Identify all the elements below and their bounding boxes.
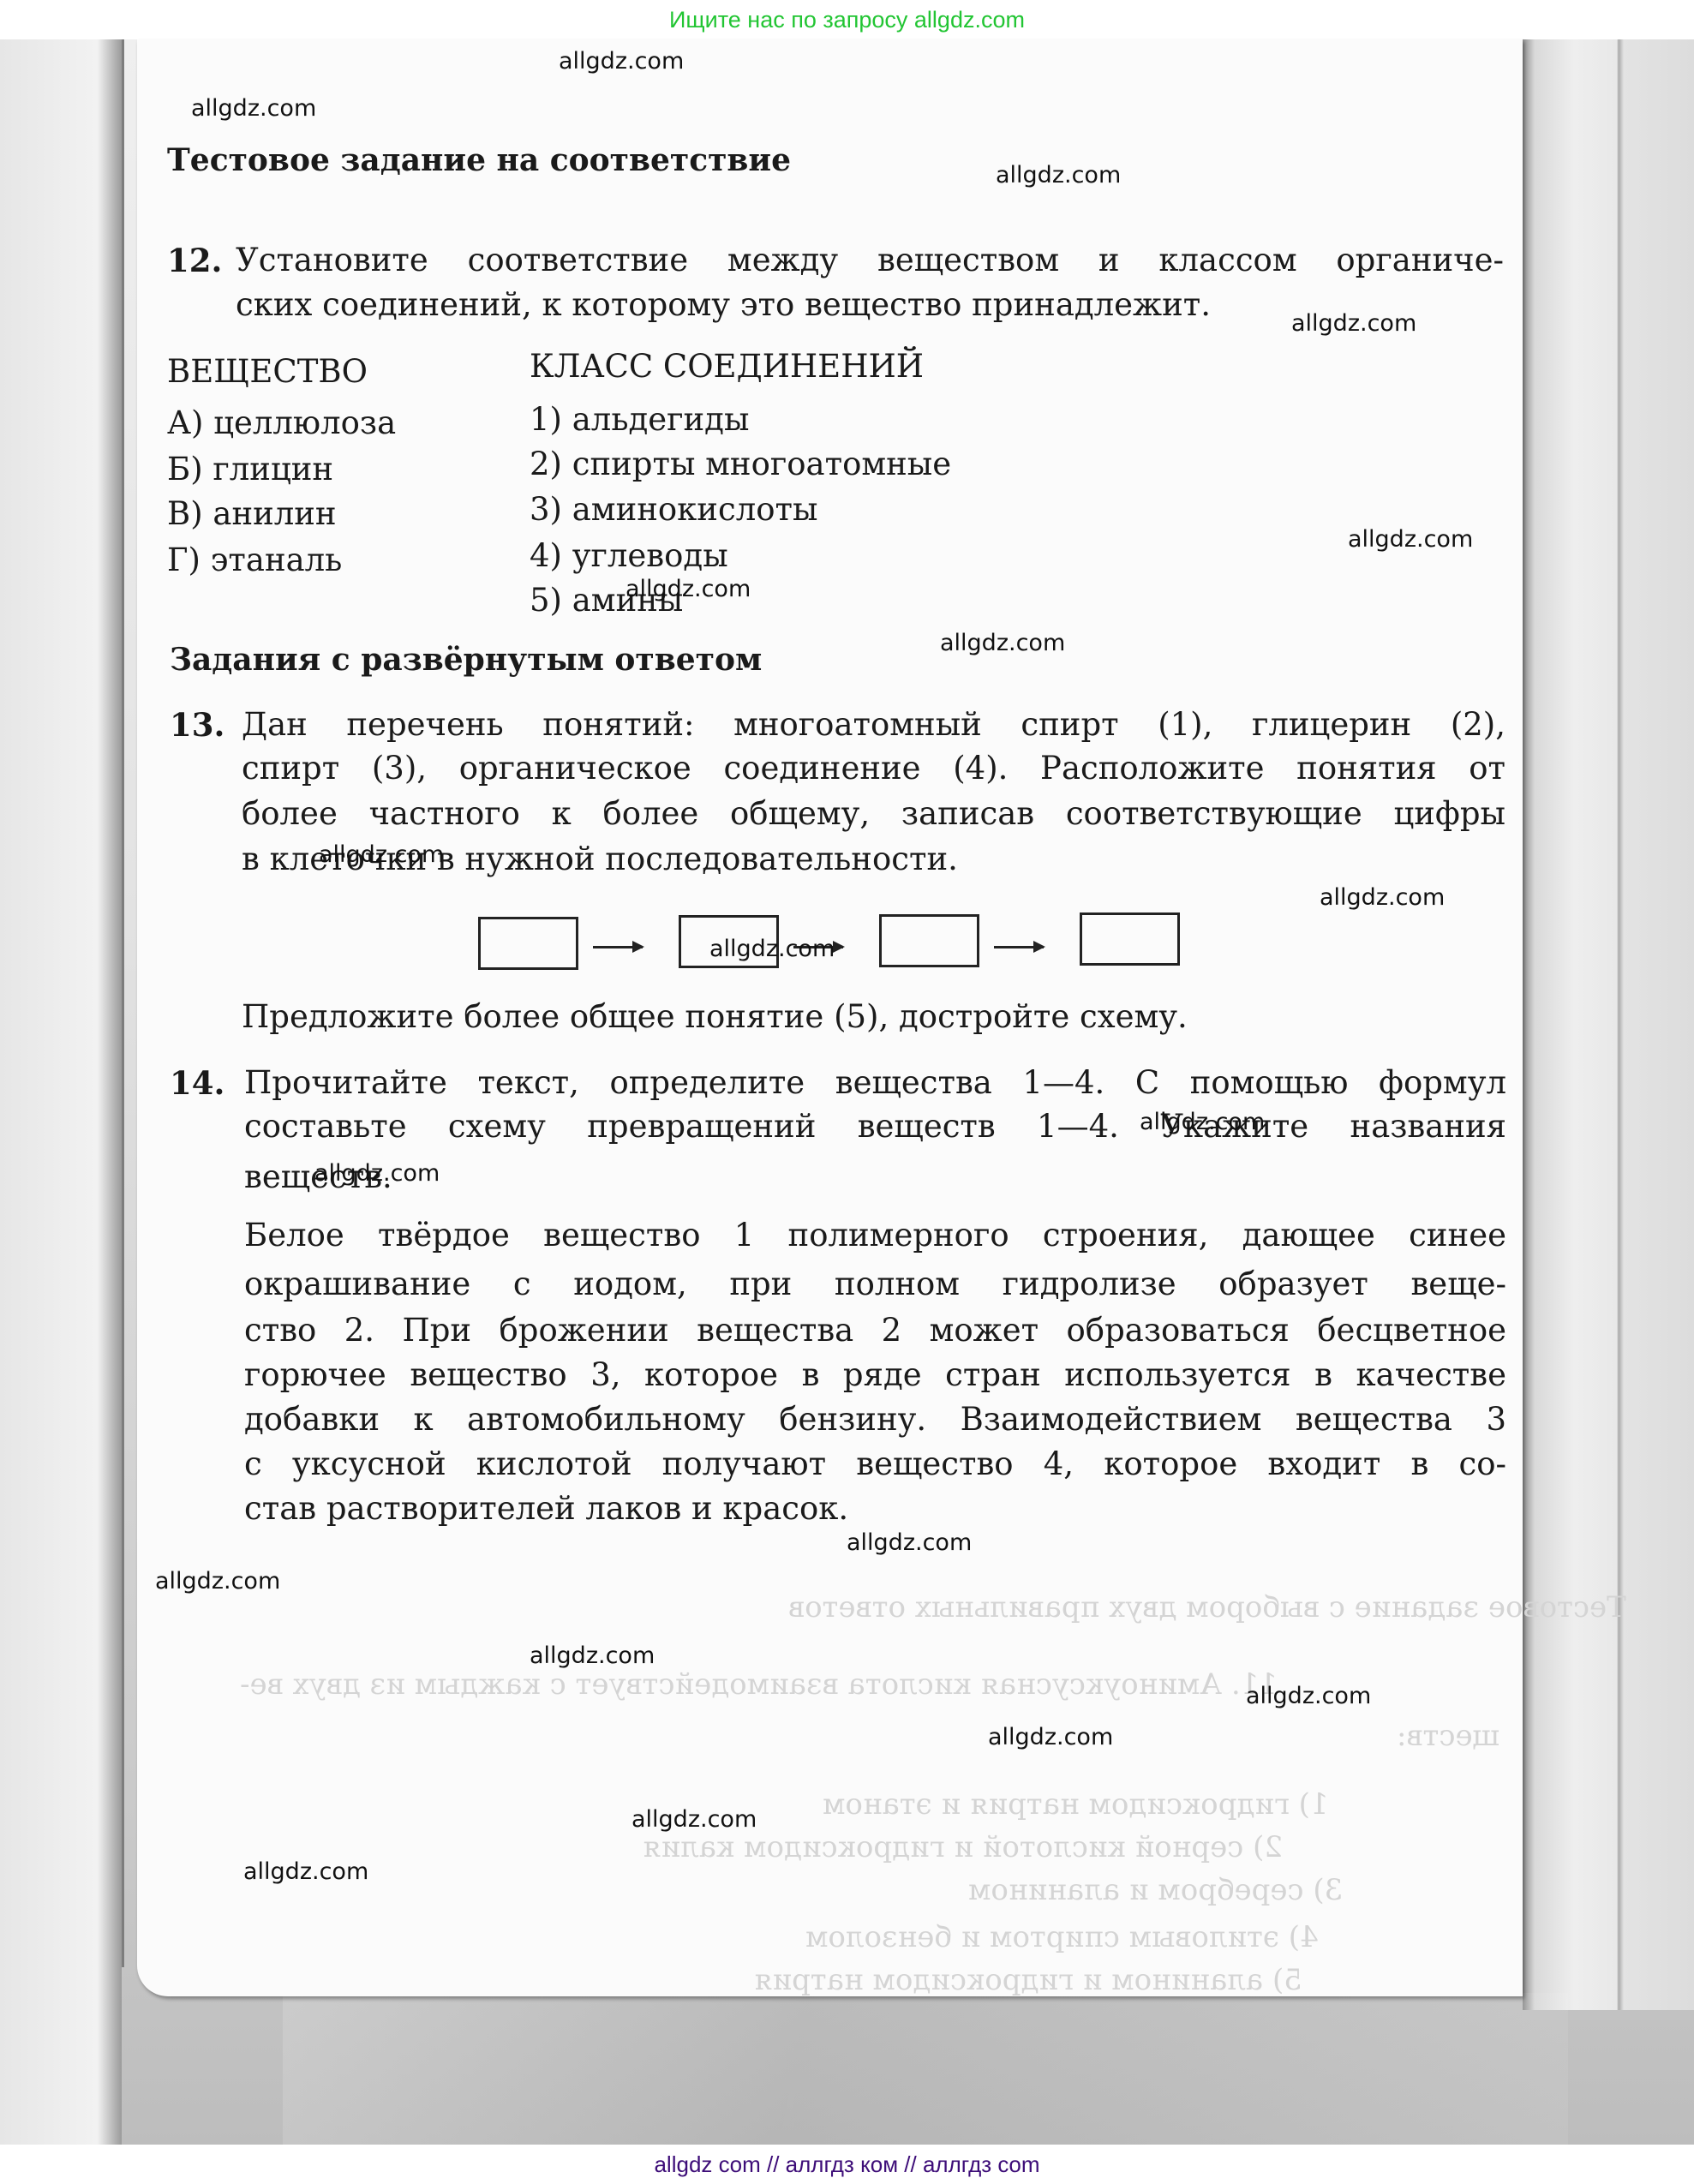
class-item: 1) альдегиды (530, 401, 749, 438)
substance-item: В) анилин (167, 495, 337, 532)
top-banner-text: Ищите нас по запросу allgdz.com (669, 7, 1025, 33)
bottom-banner-text: allgdz com // аллгдз ком // аллгдз com (654, 2151, 1039, 2177)
task-13-text-line: более частного к более общему, записав с… (242, 795, 1505, 832)
answer-box-3[interactable] (879, 914, 979, 967)
answer-box-1[interactable] (478, 917, 578, 970)
class-item: 3) аминокислоты (530, 491, 817, 528)
task-14-body-line: став растворителей лаков и красок. (244, 1490, 848, 1527)
class-column-header: КЛАСС СОЕДИНЕНИЙ (530, 348, 924, 385)
substance-label: этаналь (211, 542, 343, 578)
substance-key: Г) (167, 542, 201, 578)
task-number-13: 13. (170, 706, 224, 744)
task-13-text-line: спирт (3), органическое соединение (4). … (242, 750, 1505, 787)
class-key: 4) (530, 537, 562, 574)
bleed-through-line: 5) аланином и гидроксидом натрия (754, 1963, 1302, 1997)
task-14-body-line: добавки к автомобильному бензину. Взаимо… (244, 1401, 1506, 1438)
substance-item: Б) глицин (167, 451, 333, 488)
watermark: allgdz.com (940, 630, 1065, 656)
task-number-12: 12. (167, 242, 222, 279)
section-heading-matching: Тестовое задание на соответствие (167, 142, 791, 178)
textbook-page: Тестовое задание с выбором двух правильн… (137, 39, 1523, 1996)
top-banner: Ищите нас по запросу allgdz.com (0, 0, 1694, 39)
substance-item: А) целлюлоза (167, 404, 396, 441)
task-14-body-line: горючее вещество 3, которое в ряде стран… (244, 1356, 1506, 1393)
watermark: allgdz.com (1291, 310, 1416, 337)
class-key: 2) (530, 446, 562, 482)
page-edge-line (122, 39, 124, 1967)
substance-item: Г) этаналь (167, 542, 342, 578)
class-key: 5) (530, 582, 562, 619)
bleed-through-line: ществ: (1397, 1719, 1499, 1753)
class-label: альдегиды (572, 401, 750, 438)
task-13-text-line: Дан перечень понятий: многоатомный спирт… (242, 706, 1505, 743)
class-label: углеводы (572, 537, 728, 574)
substance-label: глицин (212, 451, 333, 488)
substance-label: целлюлоза (213, 404, 396, 441)
watermark: allgdz.com (191, 95, 316, 122)
watermark: allgdz.com (155, 1568, 280, 1595)
paper-fold-shadow (283, 1993, 1568, 2147)
task-14-body-line: окрашивание с иодом, при полном гидролиз… (244, 1266, 1506, 1302)
task-13-followup: Предложите более общее понятие (5), дост… (242, 998, 1188, 1035)
arrow-right-icon (994, 946, 1044, 948)
class-label: спирты многоатомные (572, 446, 951, 482)
watermark: allgdz.com (243, 1858, 368, 1885)
arrow-right-icon (593, 946, 643, 948)
task-14-intro-line: Прочитайте текст, определите вещества 1—… (244, 1064, 1506, 1101)
task-14-intro-line: составьте схему превращений веществ 1—4.… (244, 1108, 1506, 1145)
watermark: allgdz.com (709, 936, 835, 962)
substance-column-header: ВЕЩЕСТВО (167, 353, 368, 390)
bleed-through-line: 4) этиловым спиртом и бензолом (805, 1920, 1319, 1954)
class-key: 3) (530, 491, 562, 528)
watermark: allgdz.com (1320, 884, 1445, 911)
watermark: allgdz.com (988, 1724, 1113, 1750)
watermark: allgdz.com (996, 162, 1121, 188)
watermark: allgdz.com (319, 841, 444, 868)
watermark: allgdz.com (530, 1642, 655, 1669)
section-heading-extended: Задания с развёрнутым ответом (170, 642, 762, 678)
class-label: аминокислоты (572, 491, 818, 528)
substance-key: В) (167, 495, 203, 532)
task-14-body-line: ство 2. При брожении вещества 2 может об… (244, 1312, 1506, 1349)
watermark: allgdz.com (626, 576, 751, 602)
class-item: 4) углеводы (530, 537, 728, 574)
watermark: allgdz.com (314, 1160, 440, 1187)
task-12-text-line: ских соединений, к которому это вещество… (236, 286, 1211, 323)
bleed-through-line: 3) серебром и аланином (968, 1873, 1343, 1907)
bleed-through-heading: Тестовое задание с выбором двух правильн… (788, 1590, 1626, 1625)
bleed-through-line: 1) гидроксидом натрия и этаном (823, 1787, 1329, 1822)
adjacent-page-right (1523, 39, 1694, 2010)
substance-key: А) (167, 404, 203, 441)
bleed-through-line: 2) серной кислотой и гидроксидом калия (643, 1830, 1283, 1864)
watermark: allgdz.com (559, 48, 684, 75)
watermark: allgdz.com (632, 1806, 757, 1833)
task-14-body-line: с уксусной кислотой получают вещество 4,… (244, 1445, 1506, 1482)
watermark: allgdz.com (847, 1529, 972, 1556)
task-12-text-line: Установите соответствие между веществом … (236, 242, 1504, 278)
substance-key: Б) (167, 451, 203, 488)
watermark: allgdz.com (1348, 526, 1473, 553)
class-item: 2) спирты многоатомные (530, 446, 951, 482)
watermark: allgdz.com (1140, 1109, 1265, 1135)
watermark: allgdz.com (1246, 1683, 1371, 1709)
substance-label: анилин (212, 495, 336, 532)
bottom-banner: allgdz com // аллгдз ком // аллгдз com (0, 2145, 1694, 2184)
adjacent-page-left (0, 39, 122, 2145)
class-key: 1) (530, 401, 562, 438)
task-number-14: 14. (170, 1064, 224, 1102)
task-14-body-line: Белое твёрдое вещество 1 полимерного стр… (244, 1217, 1506, 1254)
answer-box-4[interactable] (1080, 912, 1180, 966)
bleed-through-line: 11. Аминоуксусная кислота взаимодействуе… (240, 1667, 1278, 1702)
